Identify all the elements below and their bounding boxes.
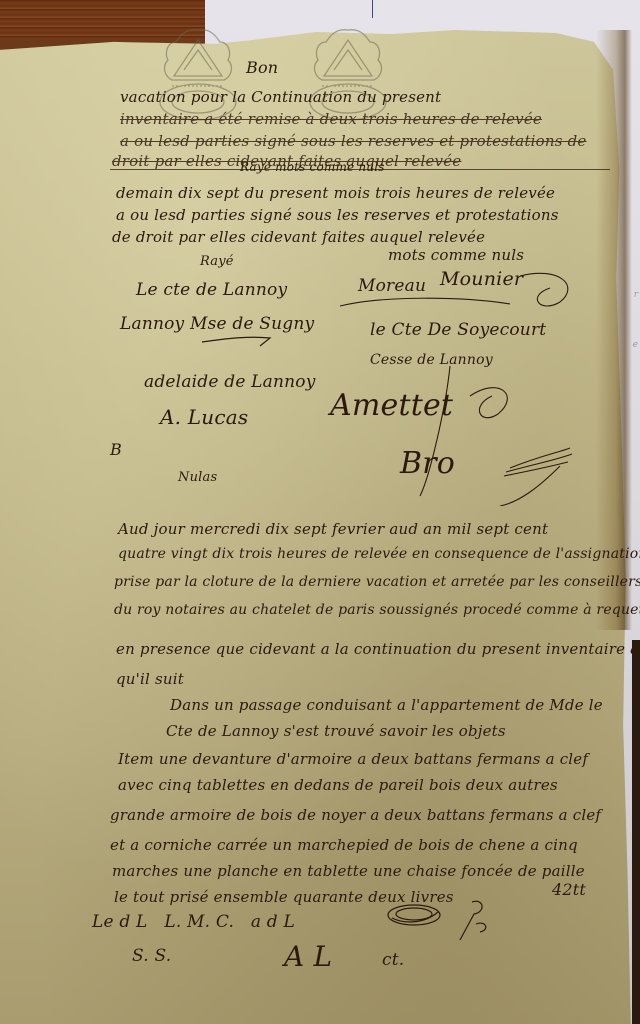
bleed-through-text: e — [633, 340, 638, 350]
text-line: Aud jour mercredi dix sept fevrier aud a… — [118, 520, 548, 538]
text-line: en presence que cidevant a la continuati… — [116, 640, 640, 658]
margin-mark: Nulas — [178, 470, 217, 485]
initials-row: Le d L L. M. C. a d L — [92, 912, 295, 932]
text-line: marches une planche en tablette une chai… — [112, 862, 585, 880]
margin-mark: B — [110, 440, 122, 459]
text-line: de droit par elles cidevant faites auque… — [112, 228, 485, 246]
raye-note: Rayé — [200, 254, 234, 269]
struck-line: a ou lesd parties signé sous les reserve… — [120, 132, 587, 150]
text-line: Cte de Lannoy s'est trouvé savoir les ob… — [166, 722, 506, 740]
signature: Le cte de Lannoy — [136, 280, 287, 300]
text-line: et a corniche carrée un marchepied de bo… — [110, 836, 578, 854]
struck-line: Rayé mots comme nuls — [240, 160, 385, 174]
text-line: demain dix sept du present mois trois he… — [116, 184, 555, 202]
text-line: grande armoire de bois de noyer a deux b… — [110, 806, 601, 824]
signature-flourish-icon — [320, 256, 590, 506]
dark-binding-strip — [632, 640, 640, 1024]
text-line: du roy notaires au chatelet de paris sou… — [114, 602, 640, 618]
blue-margin-rule — [372, 0, 373, 18]
text-line: Dans un passage conduisant a l'apparteme… — [170, 696, 603, 714]
amount: 42tt — [552, 880, 586, 899]
initials-ct: ct. — [382, 950, 404, 970]
initials-ss: S. S. — [132, 946, 171, 966]
text-line: avec cinq tablettes en dedans de pareil … — [118, 776, 558, 794]
text-line: Item une devanture d'armoire a deux batt… — [118, 750, 588, 768]
text-line: prise par la cloture de la derniere vaca… — [114, 574, 640, 590]
text-line: quatre vingt dix trois heures de relevée… — [118, 546, 640, 562]
struck-line: inventaire a été remise à deux trois heu… — [120, 110, 542, 128]
text-line: a ou lesd parties signé sous les reserve… — [116, 206, 559, 224]
marginal-note-bon: Bon — [246, 58, 278, 77]
signature: A. Lucas — [160, 405, 248, 429]
text-line: qu'il suit — [116, 670, 184, 688]
paraph-flourish-icon — [450, 898, 494, 944]
initials-al: A L — [284, 940, 332, 973]
signature-underline-flourish-icon — [200, 330, 280, 350]
signature: adelaide de Lannoy — [144, 372, 316, 392]
bleed-through-text: r — [634, 290, 638, 300]
struck-line: vacation pour la Continuation du present — [120, 88, 441, 106]
scribble-paraph-icon — [384, 900, 444, 930]
